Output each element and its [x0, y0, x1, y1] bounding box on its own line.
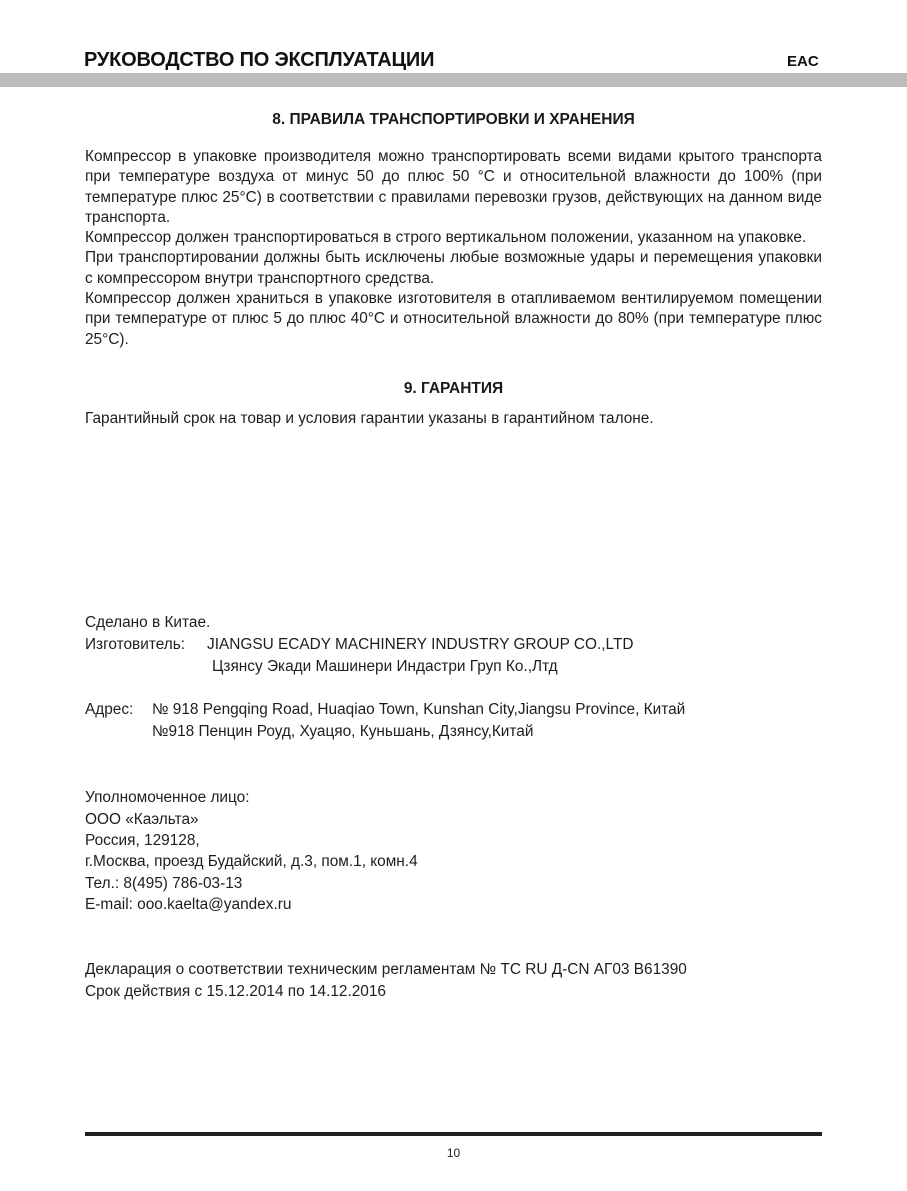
warranty-text: Гарантийный срок на товар и условия гара…: [85, 410, 654, 428]
manufacturer-name-en: JIANGSU ECADY MACHINERY INDUSTRY GROUP C…: [207, 636, 633, 654]
representative-email: E-mail: ooo.kaelta@yandex.ru: [85, 896, 291, 914]
document-header-title: РУКОВОДСТВО ПО ЭКСПЛУАТАЦИИ: [84, 49, 434, 72]
representative-label: Уполномоченное лицо:: [85, 789, 250, 807]
representative-country-zip: Россия, 129128,: [85, 832, 200, 850]
manufacturer-name-ru: Цзянсу Экади Машинери Индастри Груп Ко.,…: [212, 658, 558, 676]
declaration-validity: Срок действия с 15.12.2014 по 14.12.2016: [85, 983, 386, 1001]
section-8-body: Компрессор в упаковке производителя можн…: [85, 147, 822, 350]
section-8-title: 8. ПРАВИЛА ТРАНСПОРТИРОВКИ И ХРАНЕНИЯ: [0, 111, 907, 129]
shock-prevention-paragraph: При транспортировании должны быть исключ…: [85, 248, 822, 289]
header-band: [0, 73, 907, 87]
made-in-text: Сделано в Китае.: [85, 614, 210, 632]
vertical-position-paragraph: Компрессор должен транспортироваться в с…: [85, 228, 822, 248]
address-en: № 918 Pengqing Road, Huaqiao Town, Kunsh…: [152, 701, 685, 719]
manufacturer-label: Изготовитель:: [85, 636, 185, 654]
eac-certification-mark: EAC: [787, 53, 819, 70]
footer-rule: [85, 1132, 822, 1136]
declaration-line: Декларация о соответствии техническим ре…: [85, 961, 687, 979]
representative-phone: Тел.: 8(495) 786-03-13: [85, 875, 242, 893]
transport-conditions-paragraph: Компрессор в упаковке производителя можн…: [85, 147, 822, 228]
address-ru: №918 Пенцин Роуд, Хуацяо, Куньшань, Дзян…: [152, 723, 533, 741]
address-label: Адрес:: [85, 701, 133, 719]
representative-company: ООО «Каэльта»: [85, 811, 199, 829]
representative-street: г.Москва, проезд Будайский, д.3, пом.1, …: [85, 853, 418, 871]
storage-conditions-paragraph: Компрессор должен храниться в упаковке и…: [85, 289, 822, 350]
section-9-title: 9. ГАРАНТИЯ: [0, 380, 907, 398]
page-number: 10: [0, 1146, 907, 1160]
